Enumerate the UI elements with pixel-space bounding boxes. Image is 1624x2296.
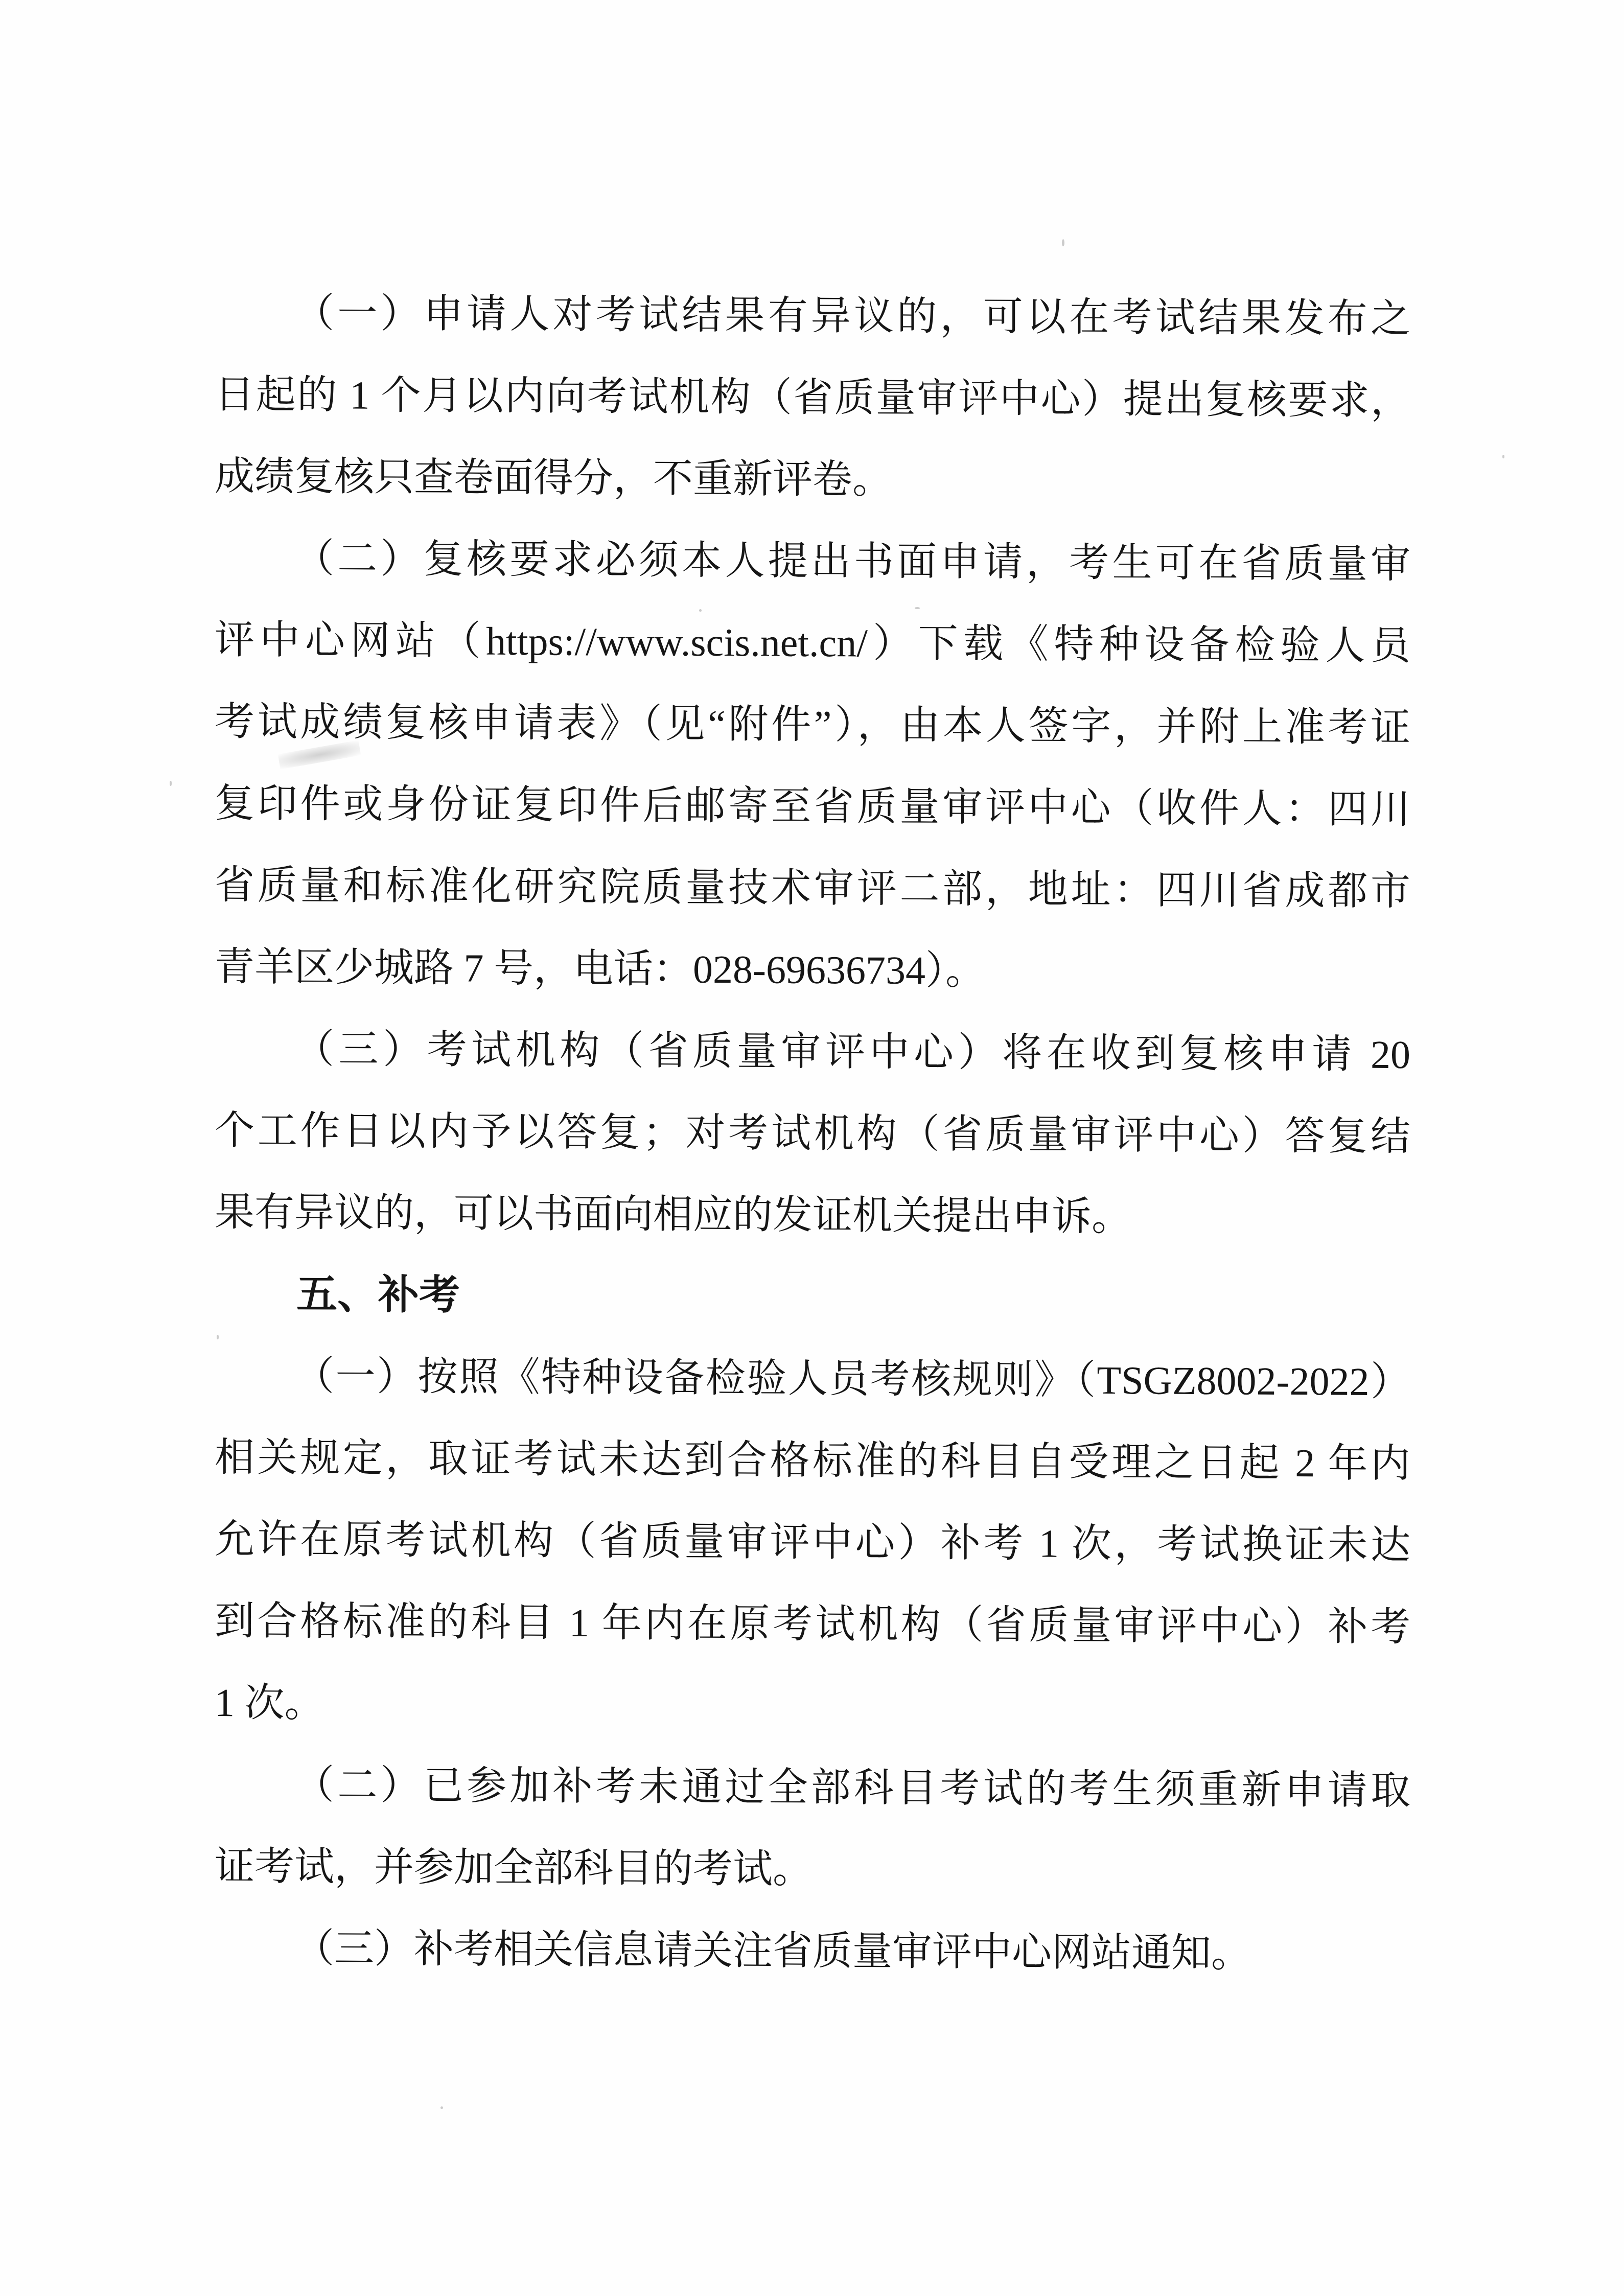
document-text-block: （一）申请人对考试结果有异议的，可以在考试结果发布之 日起的 1 个月以内向考试… xyxy=(215,272,1410,1995)
paragraph-score-review-1: （一）申请人对考试结果有异议的，可以在考试结果发布之 日起的 1 个月以内向考试… xyxy=(215,272,1410,523)
text-line: 考试成绩复核申请表》（见“附件”），由本人签字，并附上准考证 xyxy=(215,681,1410,769)
paragraph-makeup-1: （一）按照《特种设备检验人员考核规则》（TSGZ8002-2022） 相关规定，… xyxy=(215,1335,1410,1750)
text-line: 复印件或身份证复印件后邮寄至省质量审评中心（收件人：四川 xyxy=(215,762,1410,850)
text-line: 到合格标准的科目 1 年内在原考试机构（省质量审评中心）补考 xyxy=(215,1580,1410,1668)
text-line: （二）复核要求必须本人提出书面申请，考生可在省质量审 xyxy=(215,517,1410,605)
text-line: 1 次。 xyxy=(215,1662,1410,1750)
text-line: （一）申请人对考试结果有异议的，可以在考试结果发布之 xyxy=(215,272,1410,360)
text-line-with-phone: 青羊区少城路 7 号，电话：028-69636734）。 xyxy=(215,926,1410,1014)
text-line-with-url: 评中心网站（https://www.scis.net.cn/）下载《特种设备检验… xyxy=(215,599,1410,687)
scan-speck xyxy=(440,2106,443,2109)
text-line: （三）考试机构（省质量审评中心）将在收到复核申请 20 xyxy=(215,1008,1410,1096)
paragraph-makeup-3: （三）补考相关信息请关注省质量审评中心网站通知。 xyxy=(215,1907,1410,1995)
paragraph-score-review-2: （二）复核要求必须本人提出书面申请，考生可在省质量审 评中心网站（https:/… xyxy=(215,517,1410,1014)
text-line: 果有异议的，可以书面向相应的发证机关提出申诉。 xyxy=(215,1171,1410,1259)
section-heading-makeup-exam: 五、补考 xyxy=(215,1253,1410,1341)
scan-speck xyxy=(170,781,172,786)
text-line: （一）按照《特种设备检验人员考核规则》（TSGZ8002-2022） xyxy=(215,1335,1410,1423)
scan-speck xyxy=(1262,1773,1264,1777)
scan-speck xyxy=(915,607,920,609)
paragraph-score-review-3: （三）考试机构（省质量审评中心）将在收到复核申请 20 个工作日以内予以答复；对… xyxy=(215,1008,1410,1259)
scanned-document-page: （一）申请人对考试结果有异议的，可以在考试结果发布之 日起的 1 个月以内向考试… xyxy=(0,0,1624,2296)
scan-speck xyxy=(217,1335,219,1339)
paragraph-makeup-2: （二）已参加补考未通过全部科目考试的考生须重新申请取 证考试，并参加全部科目的考… xyxy=(215,1744,1410,1913)
text-line: 个工作日以内予以答复；对考试机构（省质量审评中心）答复结 xyxy=(215,1089,1410,1177)
text-line: （二）已参加补考未通过全部科目考试的考生须重新申请取 xyxy=(215,1744,1410,1831)
text-line: 允许在原考试机构（省质量审评中心）补考 1 次，考试换证未达 xyxy=(215,1498,1410,1586)
text-line: （三）补考相关信息请关注省质量审评中心网站通知。 xyxy=(215,1907,1410,1995)
scan-speck xyxy=(1062,239,1064,246)
scan-speck xyxy=(699,609,702,612)
text-line: 证考试，并参加全部科目的考试。 xyxy=(215,1825,1410,1913)
text-line: 日起的 1 个月以内向考试机构（省质量审评中心）提出复核要求， xyxy=(215,354,1410,442)
scan-speck xyxy=(1502,455,1504,458)
text-line: 相关规定，取证考试未达到合格标准的科目自受理之日起 2 年内 xyxy=(215,1417,1410,1504)
text-line: 省质量和标准化研究院质量技术审评二部，地址：四川省成都市 xyxy=(215,844,1410,932)
text-line: 成绩复核只查卷面得分，不重新评卷。 xyxy=(215,435,1410,523)
